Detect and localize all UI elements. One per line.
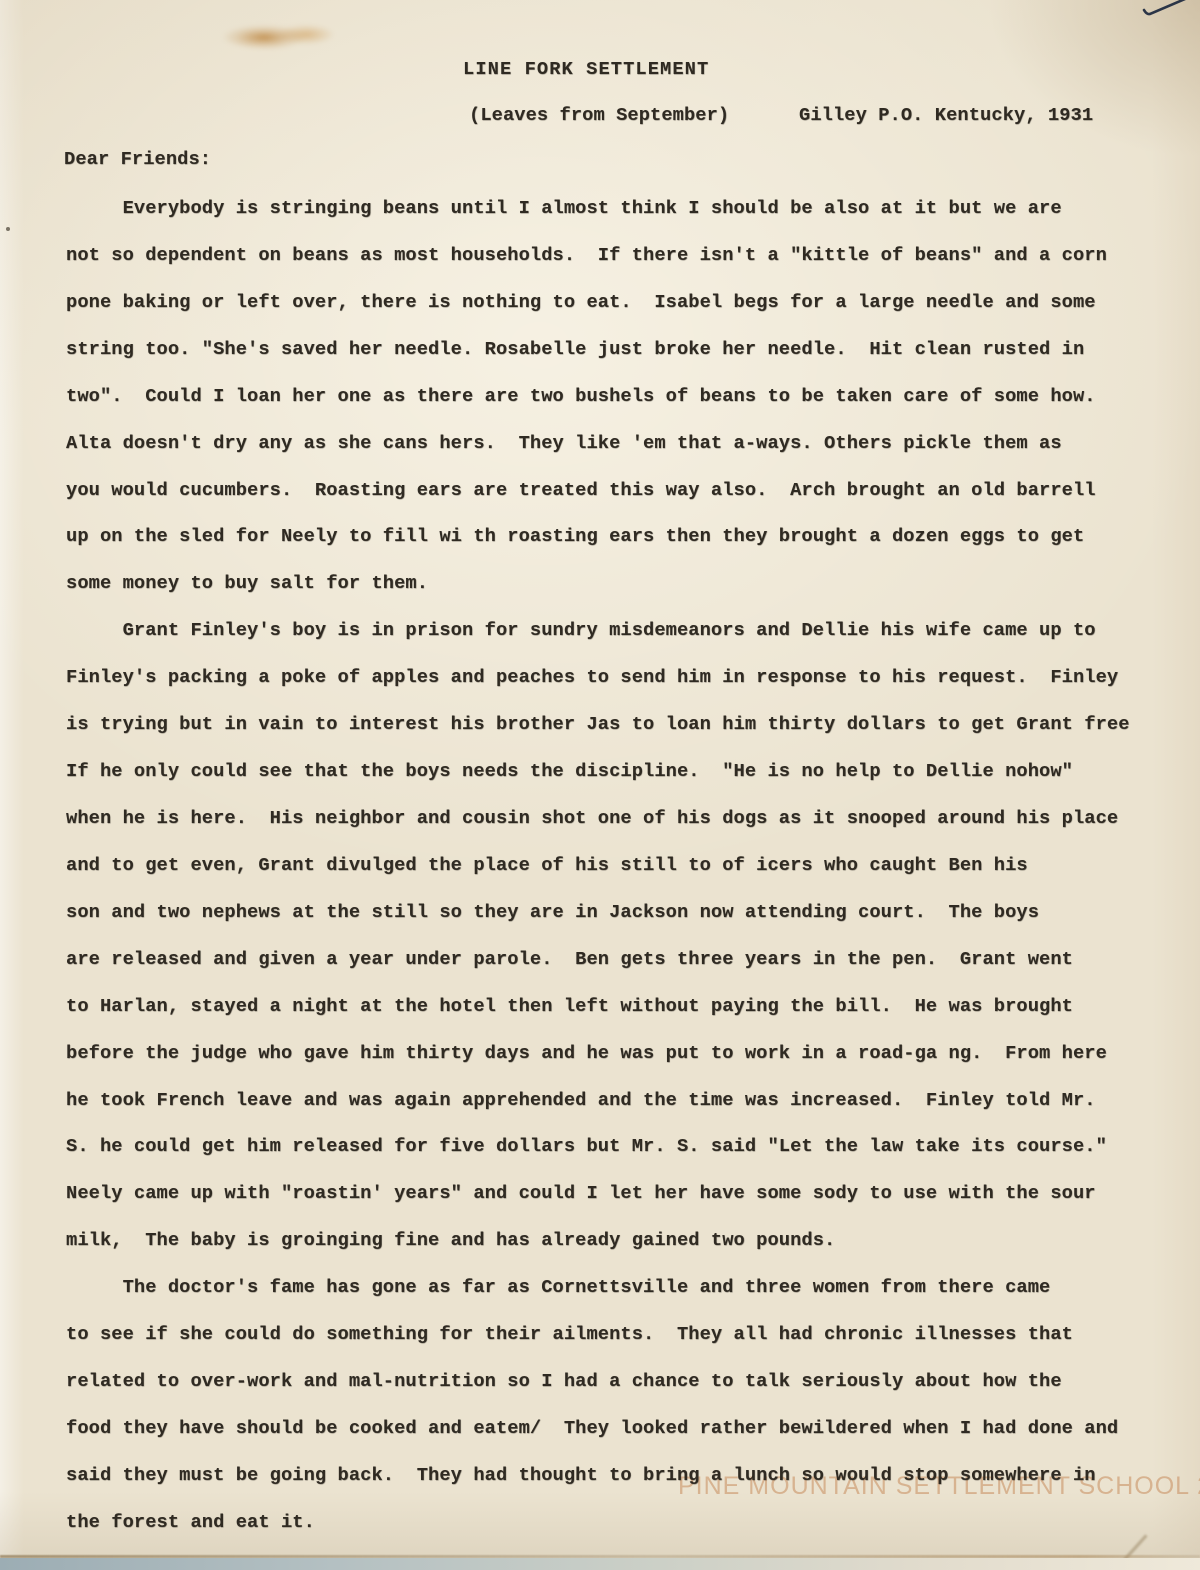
typed-line: food they have should be cooked and eate… xyxy=(66,1416,1180,1463)
salutation: Dear Friends: xyxy=(64,148,211,170)
typed-line: two". Could I loan her one as there are … xyxy=(66,384,1180,431)
typed-line: and to get even, Grant divulged the plac… xyxy=(66,853,1180,900)
typed-line: milk, The baby is groinging fine and has… xyxy=(66,1228,1180,1275)
page-title: LINE FORK SETTLEMENT xyxy=(463,58,709,80)
typed-line: related to over-work and mal-nutrition s… xyxy=(66,1369,1180,1416)
letter-body: Everybody is stringing beans until I alm… xyxy=(66,196,1180,1557)
typed-line: to Harlan, stayed a night at the hotel t… xyxy=(66,994,1180,1041)
typed-line: up on the sled for Neely to fill wi th r… xyxy=(66,524,1180,571)
typed-line: Neely came up with "roastin' years" and … xyxy=(66,1181,1180,1228)
ink-speck xyxy=(6,227,10,231)
typed-line: If he only could see that the boys needs… xyxy=(66,759,1180,806)
typed-line: string too. "She's saved her needle. Ros… xyxy=(66,337,1180,384)
typed-line: some money to buy salt for them. xyxy=(66,571,1180,618)
dateline: Gilley P.O. Kentucky, 1931 xyxy=(799,104,1093,126)
typed-line: are released and given a year under paro… xyxy=(66,947,1180,994)
typed-line: Finley's packing a poke of apples and pe… xyxy=(66,665,1180,712)
typed-line: when he is here. His neighbor and cousin… xyxy=(66,806,1180,853)
typed-line: Everybody is stringing beans until I alm… xyxy=(66,196,1180,243)
paper-stain xyxy=(222,22,342,50)
typed-line: is trying but in vain to interest his br… xyxy=(66,712,1180,759)
typed-line: The doctor's fame has gone as far as Cor… xyxy=(66,1275,1180,1322)
typed-line: you would cucumbers. Roasting ears are t… xyxy=(66,478,1180,525)
typed-line: before the judge who gave him thirty day… xyxy=(66,1041,1180,1088)
typed-line: Grant Finley's boy is in prison for sund… xyxy=(66,618,1180,665)
typed-line: Alta doesn't dry any as she cans hers. T… xyxy=(66,431,1180,478)
scanned-letter-page: LINE FORK SETTLEMENT (Leaves from Septem… xyxy=(0,0,1200,1570)
typed-line: not so dependent on beans as most househ… xyxy=(66,243,1180,290)
typed-line: he took French leave and was again appre… xyxy=(66,1088,1180,1135)
typed-line: the forest and eat it. xyxy=(66,1510,1180,1557)
typed-line: said they must be going back. They had t… xyxy=(66,1463,1180,1510)
typed-line: S. he could get him released for five do… xyxy=(66,1134,1180,1181)
page-corner-shadow xyxy=(970,0,1200,170)
typed-line: pone baking or left over, there is nothi… xyxy=(66,290,1180,337)
handwritten-checkmark-icon xyxy=(1138,0,1200,24)
typed-line: son and two nephews at the still so they… xyxy=(66,900,1180,947)
typed-line: to see if she could do something for the… xyxy=(66,1322,1180,1369)
scanner-edge xyxy=(0,1558,1200,1570)
page-subtitle: (Leaves from September) xyxy=(469,104,729,126)
